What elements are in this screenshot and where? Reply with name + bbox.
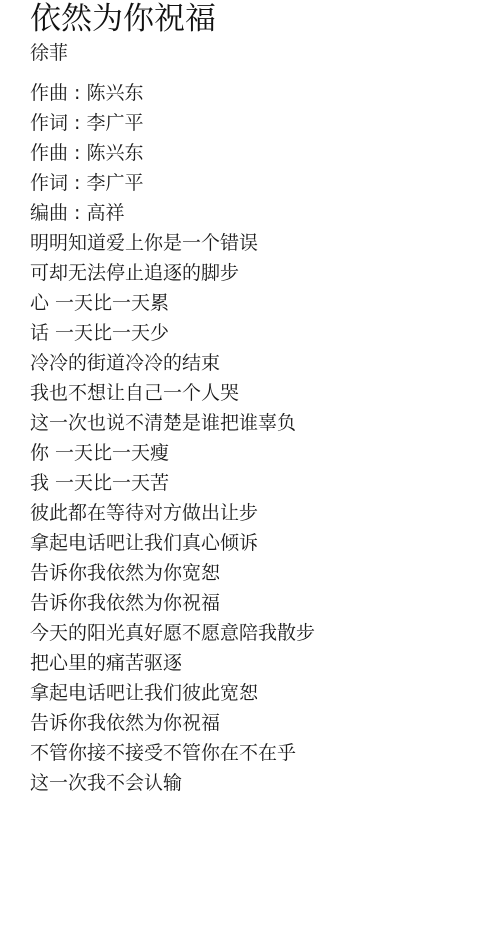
- lyric-line: 可却无法停止追逐的脚步: [30, 258, 315, 288]
- lyric-line: 今天的阳光真好愿不愿意陪我散步: [30, 618, 315, 648]
- lyric-line: 把心里的痛苦驱逐: [30, 648, 315, 678]
- lyric-line: 心 一天比一天累: [30, 288, 315, 318]
- lyric-line: 话 一天比一天少: [30, 318, 315, 348]
- lyric-line: 告诉你我依然为你祝福: [30, 588, 315, 618]
- lyric-line: 彼此都在等待对方做出让步: [30, 498, 315, 528]
- lyric-line: 拿起电话吧让我们真心倾诉: [30, 528, 315, 558]
- lyric-line: 我也不想让自己一个人哭: [30, 378, 315, 408]
- lyrics-list: 作曲 : 陈兴东 作词 : 李广平 作曲 : 陈兴东 作词 : 李广平 编曲 :…: [30, 78, 315, 798]
- lyric-line: 作曲 : 陈兴东: [30, 138, 315, 168]
- lyric-line: 明明知道爱上你是一个错误: [30, 228, 315, 258]
- lyric-line: 作词 : 李广平: [30, 108, 315, 138]
- lyric-line: 不管你接不接受不管你在不在乎: [30, 738, 315, 768]
- artist-name: 徐菲: [30, 40, 68, 66]
- lyric-line: 作词 : 李广平: [30, 168, 315, 198]
- lyric-line: 编曲 : 高祥: [30, 198, 315, 228]
- lyric-line: 这一次也说不清楚是谁把谁辜负: [30, 408, 315, 438]
- song-title: 依然为你祝福: [30, 0, 216, 38]
- lyric-line: 这一次我不会认输: [30, 768, 315, 798]
- lyric-line: 拿起电话吧让我们彼此宽恕: [30, 678, 315, 708]
- lyric-line: 作曲 : 陈兴东: [30, 78, 315, 108]
- lyric-line: 冷冷的街道冷冷的结束: [30, 348, 315, 378]
- lyric-line: 告诉你我依然为你宽恕: [30, 558, 315, 588]
- lyric-line: 我 一天比一天苦: [30, 468, 315, 498]
- lyric-line: 告诉你我依然为你祝福: [30, 708, 315, 738]
- lyric-line: 你 一天比一天瘦: [30, 438, 315, 468]
